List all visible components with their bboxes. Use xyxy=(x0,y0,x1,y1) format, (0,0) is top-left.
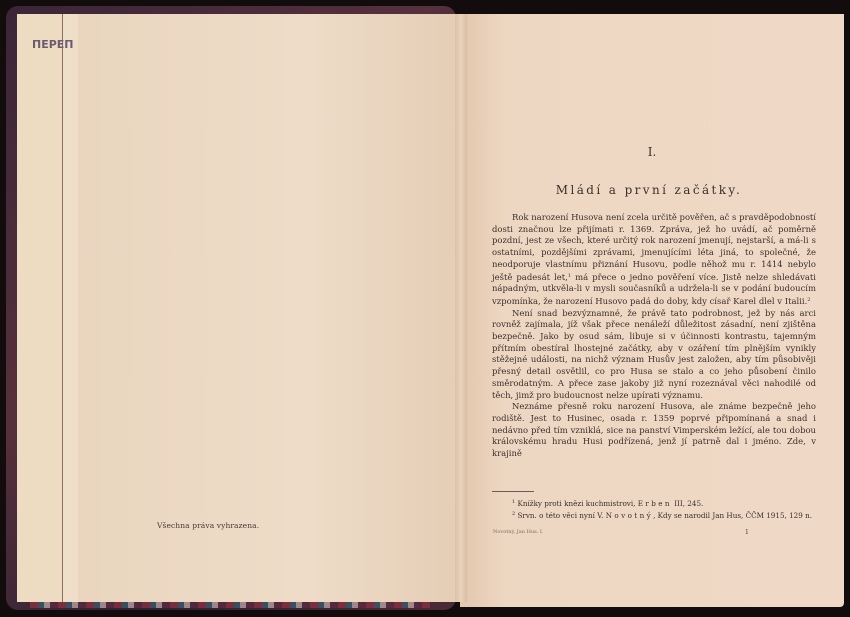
footnote-2: 2 Srvn. o této věci nyní V. Novotný, Kdy… xyxy=(492,509,816,521)
paragraph-2: Není snad bezvýznamné, že právě tato pod… xyxy=(492,308,816,402)
paragraph-3: Neznáme přesně roku narození Husova, ale… xyxy=(492,401,816,460)
book-gutter xyxy=(455,14,467,602)
signature-imprint: Novotný, Jan Hus. I. xyxy=(493,529,543,535)
chapter-number: I. xyxy=(460,145,844,159)
chapter-body: Rok narození Husova není zcela určitě po… xyxy=(492,212,816,460)
paragraph-1: Rok narození Husova není zcela určitě po… xyxy=(492,212,816,308)
chapter-title: Mládí a první začátky. xyxy=(474,183,824,197)
spine-stamp: ПЕРЕП xyxy=(32,38,74,51)
rights-notice: Všechna práva vyhrazena. xyxy=(157,521,259,530)
left-page xyxy=(78,14,461,602)
page-number: 1 xyxy=(745,529,749,536)
flyleaf-outer xyxy=(17,14,63,602)
footnotes: 1 Knížky proti knězi kuchmistrovi, Erben… xyxy=(492,497,816,522)
footnote-1: 1 Knížky proti knězi kuchmistrovi, Erben… xyxy=(492,497,816,509)
footnote-rule xyxy=(492,491,534,492)
footnote-ref-2: 2 xyxy=(807,297,810,303)
